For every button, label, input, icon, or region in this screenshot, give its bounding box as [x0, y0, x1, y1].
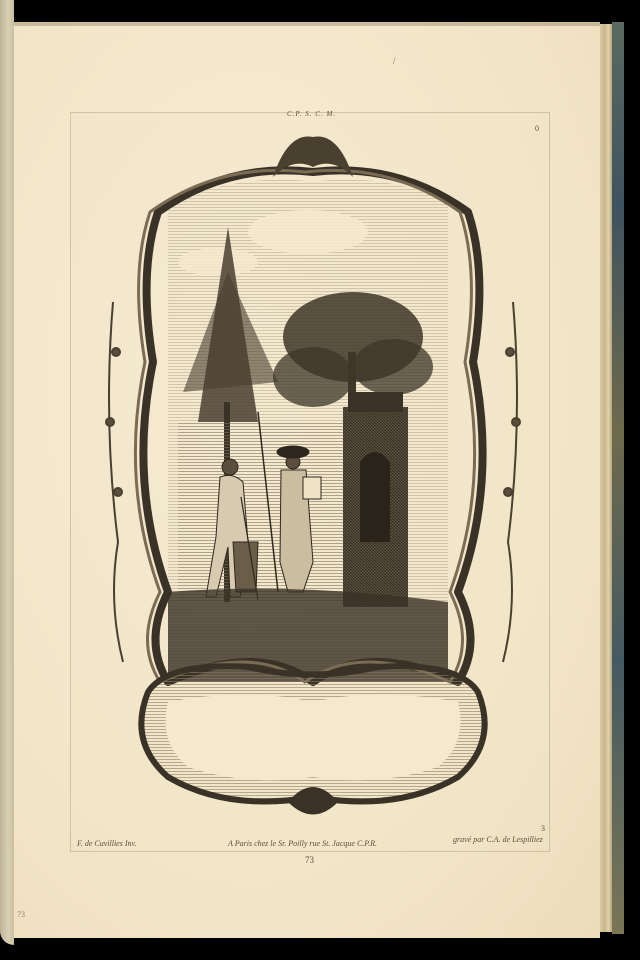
page-top-shadow [14, 22, 600, 26]
caption-publisher: A Paris chez le Sr. Poilly rue St. Jacqu… [228, 839, 377, 848]
page-fore-edge [600, 24, 612, 932]
left-page-edge [0, 0, 14, 945]
margin-mark: / [393, 56, 396, 66]
plate-number-bottom: 3 [541, 824, 545, 833]
marbled-cover-edge [612, 22, 624, 934]
page-number: 73 [305, 855, 314, 865]
cartouche-tablet [141, 666, 484, 814]
engraving-illustration [98, 122, 528, 830]
caption-designer: F. de Cuvillies Inv. [77, 839, 136, 848]
folio-number: 73 [17, 910, 25, 919]
plate-number-top: 0 [535, 124, 539, 133]
caption-engraver: gravé par C.A. de Lespilliez [453, 835, 543, 844]
ruined-pillar [343, 392, 408, 607]
plate-header: C.P. S. C. M. [287, 110, 336, 118]
